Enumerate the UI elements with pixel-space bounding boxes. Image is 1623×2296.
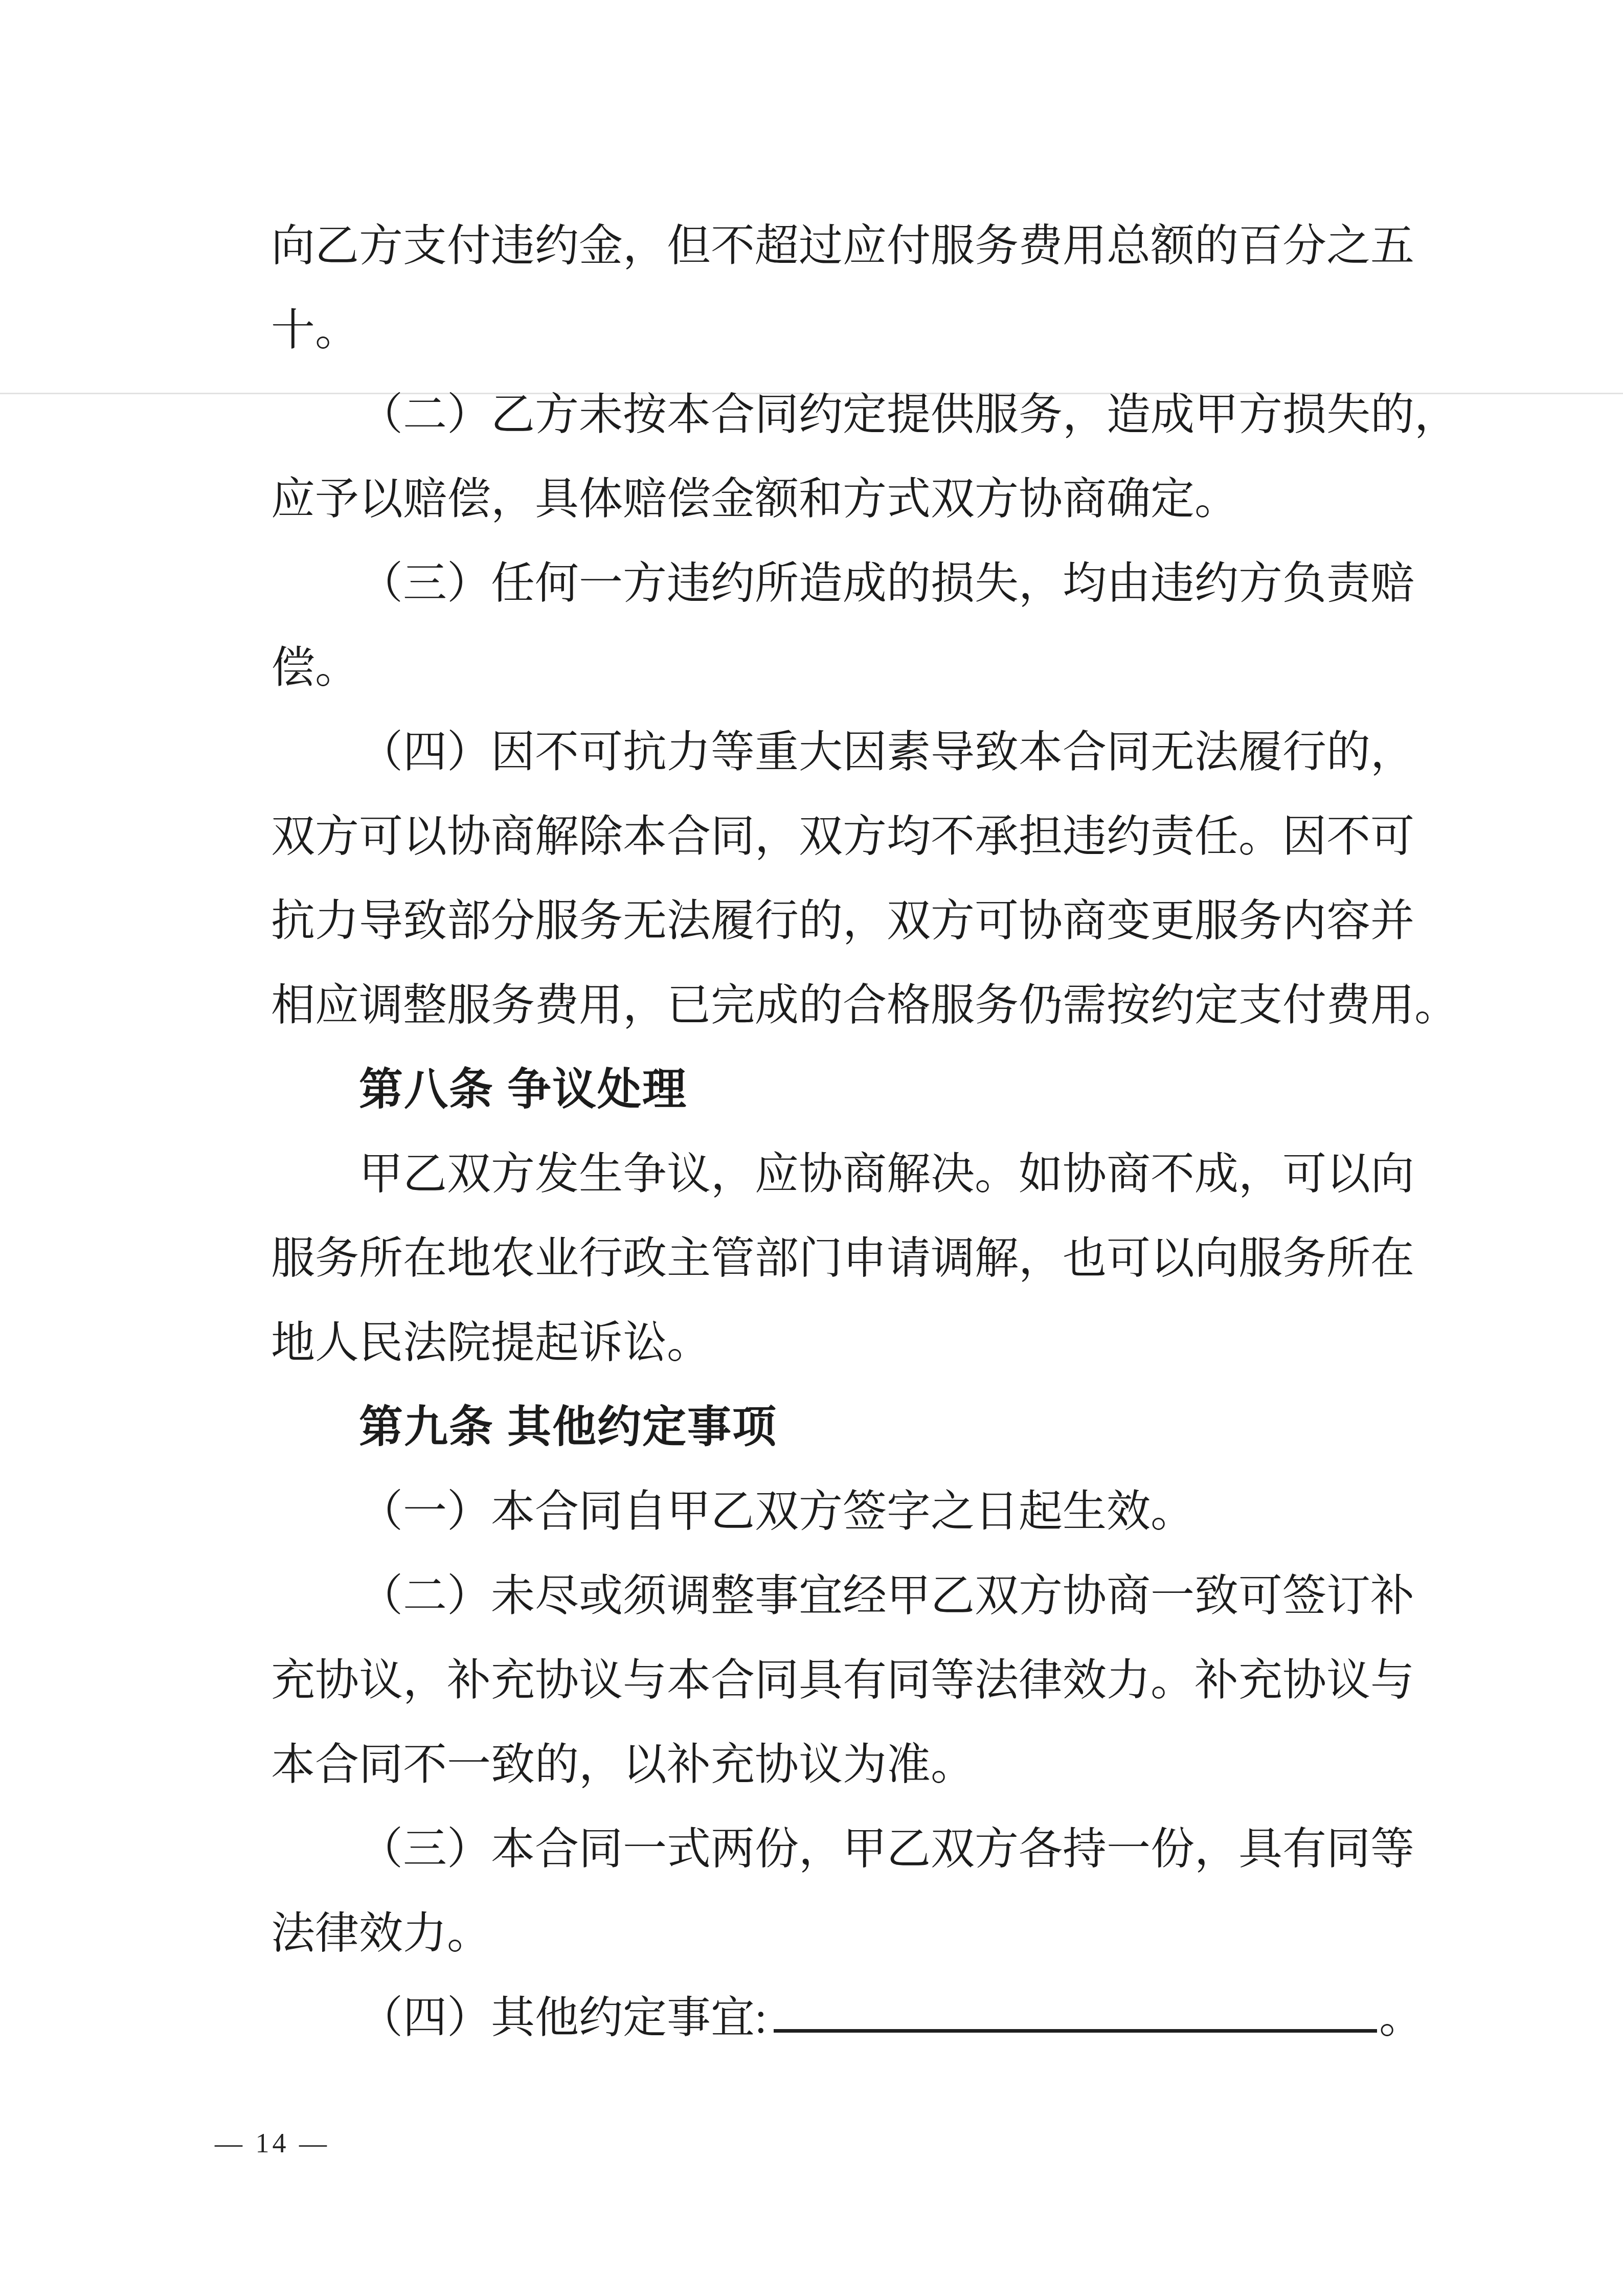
text-line: （二）未尽或须调整事宜经甲乙双方协商一致可签订补 bbox=[271, 1554, 1437, 1638]
text-line: 双方可以协商解除本合同，双方均不承担违约责任。因不可 bbox=[271, 795, 1437, 879]
text-line: （四）因不可抗力等重大因素导致本合同无法履行的， bbox=[271, 710, 1437, 795]
text-line: 地人民法院提起诉讼。 bbox=[271, 1301, 1437, 1385]
text-line: 相应调整服务费用，已完成的合格服务仍需按约定支付费用。 bbox=[271, 963, 1437, 1048]
fill-label: （四）其他约定事宜: bbox=[359, 1993, 767, 2042]
text-line: 应予以赔偿，具体赔偿金额和方式双方协商确定。 bbox=[271, 457, 1437, 542]
text-line: 法律效力。 bbox=[271, 1892, 1437, 1976]
text-line: （二）乙方未按本合同约定提供服务，造成甲方损失的， bbox=[271, 373, 1437, 457]
document-page: 向乙方支付违约金，但不超过应付服务费用总额的百分之五十。（二）乙方未按本合同约定… bbox=[0, 0, 1623, 2296]
text-line: 充协议，补充协议与本合同具有同等法律效力。补充协议与 bbox=[271, 1638, 1437, 1723]
section-heading: 第九条 其他约定事项 bbox=[271, 1385, 1437, 1470]
text-line: 服务所在地农业行政主管部门申请调解，也可以向服务所在 bbox=[271, 1217, 1437, 1301]
text-line: 本合同不一致的，以补充协议为准。 bbox=[271, 1723, 1437, 1807]
text-line: （三）本合同一式两份，甲乙双方各持一份，具有同等 bbox=[271, 1807, 1437, 1892]
text-line: 抗力导致部分服务无法履行的，双方可协商变更服务内容并 bbox=[271, 879, 1437, 963]
text-line: 偿。 bbox=[271, 626, 1437, 710]
text-line: （三）任何一方违约所造成的损失，均由违约方负责赔 bbox=[271, 542, 1437, 626]
contract-body: 向乙方支付违约金，但不超过应付服务费用总额的百分之五十。（二）乙方未按本合同约定… bbox=[271, 204, 1437, 2060]
text-line: （一）本合同自甲乙双方签字之日起生效。 bbox=[271, 1470, 1437, 1554]
text-line: 甲乙双方发生争议，应协商解决。如协商不成，可以向 bbox=[271, 1132, 1437, 1217]
fill-in-blank-line bbox=[774, 1989, 1377, 2033]
page-number: — 14 — bbox=[215, 2127, 330, 2159]
text-line: 向乙方支付违约金，但不超过应付服务费用总额的百分之五 bbox=[271, 204, 1437, 288]
fill-suffix: 。 bbox=[1379, 1993, 1423, 2042]
section-heading: 第八条 争议处理 bbox=[271, 1048, 1437, 1132]
text-line: 十。 bbox=[271, 288, 1437, 373]
text-line: （四）其他约定事宜:。 bbox=[271, 1976, 1437, 2060]
